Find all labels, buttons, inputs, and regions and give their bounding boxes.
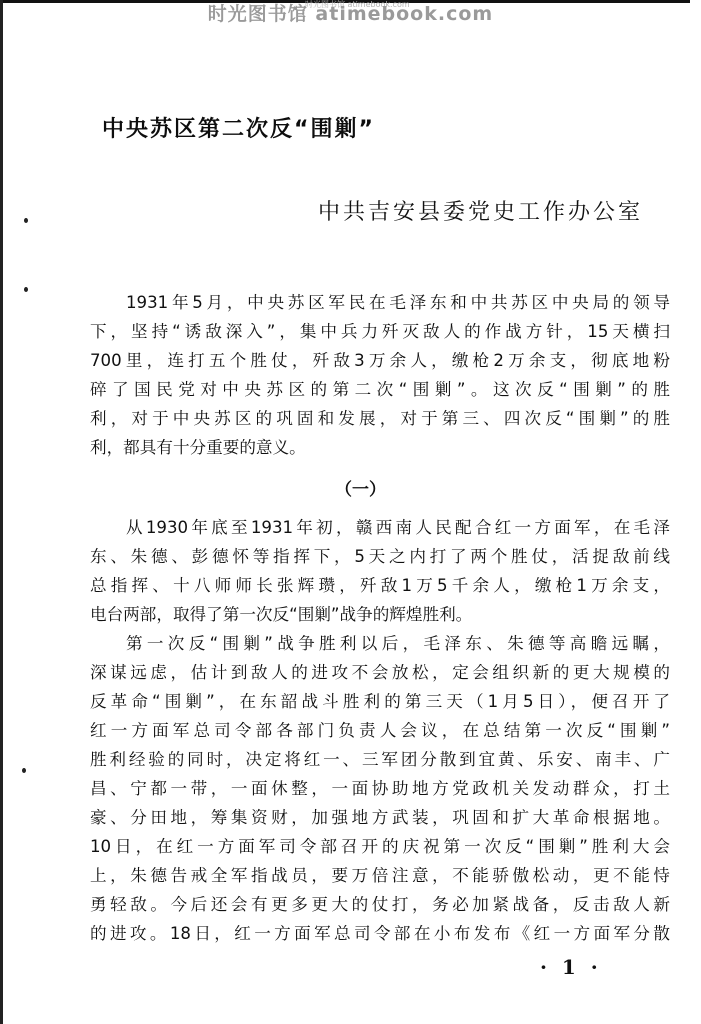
- scan-speck: [22, 768, 26, 773]
- text-line: 700里，连打五个胜仗，歼敌3万余人，缴枪2万余支，彻底地粉: [90, 346, 670, 375]
- text-line: 利，对于中央苏区的巩固和发展，对于第三、四次反“围剿”的胜: [90, 404, 670, 433]
- scan-left-border: [0, 0, 3, 1024]
- text-line: 豪、分田地，筹集资财，加强地方武装，巩固和扩大革命根据地。: [90, 803, 670, 832]
- text-line: 胜利经验的同时，决定将红一、三军团分散到宜黄、乐安、南丰、广: [90, 745, 670, 774]
- text-line: 利，都具有十分重要的意义。: [90, 433, 670, 462]
- author-line: 中共吉安县委党史工作办公室: [318, 197, 643, 229]
- text-line: 碎了国民党对中央苏区的第二次“围剿”。这次反“围剿”的胜: [90, 375, 670, 404]
- text-line: 红一方面军总司令部各部门负责人会议，在总结第一次反“围剿”: [90, 716, 670, 745]
- text-line: 从1930年底至1931年初，赣西南人民配合红一方面军，在毛泽: [90, 513, 670, 542]
- watermark: 时光图书馆 atimebook.com: [0, 3, 701, 25]
- text-line: 总指挥、十八师师长张辉瓒，歼敌1万5千余人，缴枪1万余支，: [90, 571, 670, 600]
- text-line: 10日，在红一方面军司令部召开的庆祝第一次反“围剿”胜利大会: [90, 832, 670, 861]
- page-number: · 1 ·: [540, 953, 602, 981]
- text-line: 反革命“围剿”，在东韶战斗胜利的第三天（1月5日），便召开了: [90, 687, 670, 716]
- scan-speck: [24, 218, 28, 223]
- document-title: 中央苏区第二次反“围剿”: [102, 115, 375, 145]
- text-line: 东、朱德、彭德怀等指挥下，5天之内打了两个胜仗，活捉敌前线: [90, 542, 670, 571]
- text-line: 昌、宁都一带，一面休整，一面协助地方党政机关发动群众，打土: [90, 774, 670, 803]
- text-line: 的进攻。18日，红一方面军总司令部在小布发布《红一方面军分散: [90, 919, 670, 948]
- text-line: 下，坚持“诱敌深入”，集中兵力歼灭敌人的作战方针，15天横扫: [90, 317, 670, 346]
- scan-speck: [24, 287, 28, 292]
- paragraph-intro: 1931年5月，中央苏区军民在毛泽东和中共苏区中央局的领导 下，坚持“诱敌深入”…: [90, 288, 670, 462]
- text-line: 第一次反“围剿”战争胜利以后，毛泽东、朱德等高瞻远瞩，: [90, 629, 670, 658]
- text-line: 上，朱德告戒全军指战员，要万倍注意，不能骄傲松动，更不能恃: [90, 861, 670, 890]
- text-line: 电台两部，取得了第一次反“围剿”战争的辉煌胜利。: [90, 600, 670, 629]
- section-heading: （一）: [0, 476, 701, 504]
- paragraph-first-campaign: 从1930年底至1931年初，赣西南人民配合红一方面军，在毛泽 东、朱德、彭德怀…: [90, 513, 670, 629]
- text-line: 1931年5月，中央苏区军民在毛泽东和中共苏区中央局的领导: [90, 288, 670, 317]
- paragraph-after-victory: 第一次反“围剿”战争胜利以后，毛泽东、朱德等高瞻远瞩， 深谋远虑，估计到敌人的进…: [90, 629, 670, 948]
- text-line: 勇轻敌。今后还会有更多更大的仗打，务必加紧战备，反击敌人新: [90, 890, 670, 919]
- text-line: 深谋远虑，估计到敌人的进攻不会放松，定会组织新的更大规模的: [90, 658, 670, 687]
